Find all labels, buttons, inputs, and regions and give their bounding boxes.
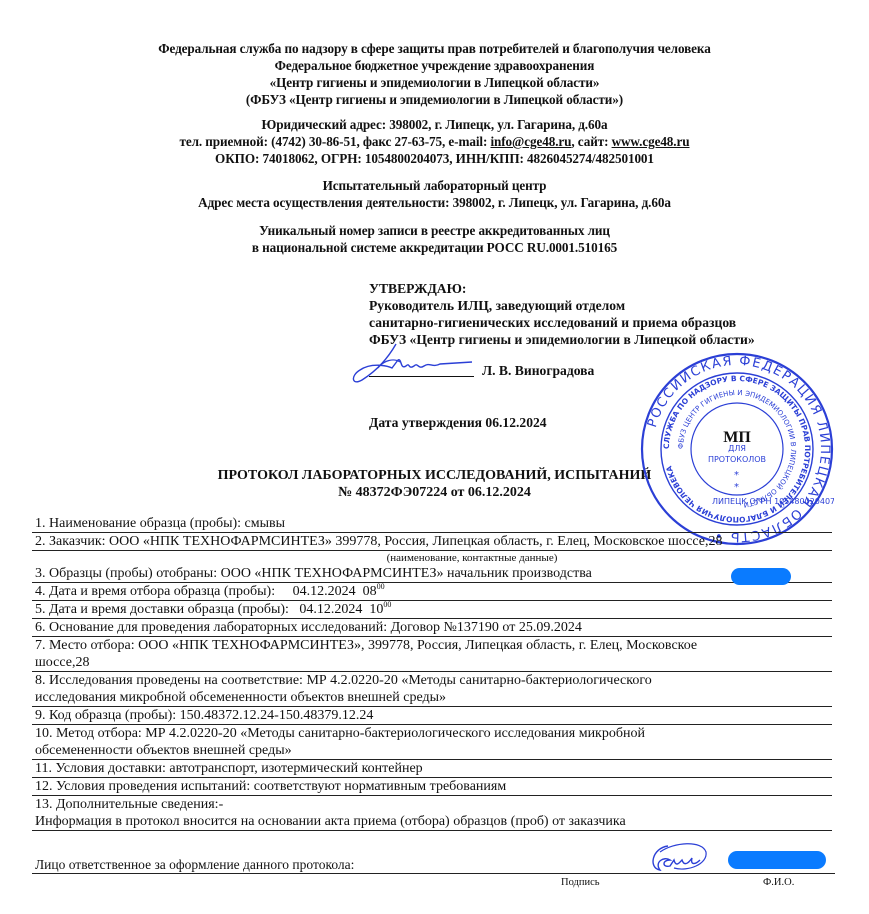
svg-text:*: * (734, 482, 739, 493)
approval-block: УТВЕРЖДАЮ: Руководитель ИЛЦ, заведующий … (369, 280, 755, 348)
lab-address: Адрес места осуществления деятельности: … (0, 194, 869, 211)
field-test-conditions: 12. Условия проведения испытаний: соотве… (32, 778, 832, 796)
field-additional-info: 13. Дополнительные сведения:- Информация… (32, 796, 832, 831)
email-link[interactable]: info@cge48.ru (490, 134, 571, 149)
approver-signature-line (369, 376, 474, 377)
org-codes: ОКПО: 74018062, ОГРН: 1054800204073, ИНН… (0, 150, 869, 167)
field-sample-name: 1. Наименование образца (пробы): смывы (32, 515, 832, 533)
field-sampling-place: 7. Место отбора: ООО «НПК ТЕХНОФАРМСИНТЕ… (32, 637, 832, 672)
svg-text:*: * (734, 470, 739, 481)
signature-caption: Подпись (561, 877, 600, 888)
responsible-signature-icon (640, 838, 720, 880)
field-sample-code: 9. Код образца (пробы): 150.48372.12.24-… (32, 707, 832, 725)
svg-text:ЛИПЕЦК ОГРН 1054800204073: ЛИПЕЦК ОГРН 1054800204073 (712, 497, 834, 506)
redacted-name-field-3 (731, 568, 791, 585)
protocol-fields: 1. Наименование образца (пробы): смывы 2… (32, 515, 832, 831)
approval-heading: УТВЕРЖДАЮ: (369, 280, 755, 297)
header-line-3: «Центр гигиены и эпидемиологии в Липецко… (0, 74, 869, 91)
site-link[interactable]: www.cge48.ru (612, 134, 690, 149)
legal-address: Юридический адрес: 398002, г. Липецк, ул… (0, 116, 869, 133)
contacts-block: Юридический адрес: 398002, г. Липецк, ул… (0, 116, 869, 167)
svg-text:ПРОТОКОЛОВ: ПРОТОКОЛОВ (708, 455, 766, 464)
field-customer: 2. Заказчик: ООО «НПК ТЕХНОФАРМСИНТЕЗ» 3… (32, 533, 832, 551)
lab-block: Испытательный лабораторный центр Адрес м… (0, 177, 869, 211)
field-delivery-conditions: 11. Условия доставки: автотранспорт, изо… (32, 760, 832, 778)
field-customer-caption: (наименование, контактные данные) (32, 551, 832, 565)
contacts-line: тел. приемной: (4742) 30-86-51, факс 27-… (0, 133, 869, 150)
approval-line-2: санитарно-гигиенических исследований и п… (369, 314, 755, 331)
approval-line-1: Руководитель ИЛЦ, заведующий отделом (369, 297, 755, 314)
header-line-1: Федеральная служба по надзору в сфере за… (0, 40, 869, 57)
field-sampling-datetime: 4. Дата и время отбора образца (пробы): … (32, 583, 832, 601)
field-sampling-method: 10. Метод отбора: МР 4.2.0220-20 «Методы… (32, 725, 832, 760)
registry-line-1: Уникальный номер записи в реестре аккред… (0, 222, 869, 239)
header-line-4: (ФБУЗ «Центр гигиены и эпидемиологии в Л… (0, 91, 869, 108)
field-sampled-by: 3. Образцы (пробы) отобраны: ООО «НПК ТЕ… (32, 565, 832, 583)
field-research-standard: 8. Исследования проведены на соответстви… (32, 672, 832, 707)
organization-header: Федеральная служба по надзору в сфере за… (0, 40, 869, 108)
redacted-responsible-name (728, 851, 826, 869)
lab-center: Испытательный лабораторный центр (0, 177, 869, 194)
approval-date: Дата утверждения 06.12.2024 (369, 415, 547, 431)
svg-text:МП: МП (723, 429, 751, 446)
header-line-2: Федеральное бюджетное учреждение здравоо… (0, 57, 869, 74)
name-caption: Ф.И.О. (763, 877, 794, 888)
approver-signature-icon (348, 340, 478, 390)
registry-block: Уникальный номер записи в реестре аккред… (0, 222, 869, 256)
approver-name: Л. В. Виноградова (482, 363, 594, 379)
registry-line-2: в национальной системе аккредитации РОСС… (0, 239, 869, 256)
field-basis: 6. Основание для проведения лабораторных… (32, 619, 832, 637)
field-delivery-datetime: 5. Дата и время доставки образца (пробы)… (32, 601, 832, 619)
